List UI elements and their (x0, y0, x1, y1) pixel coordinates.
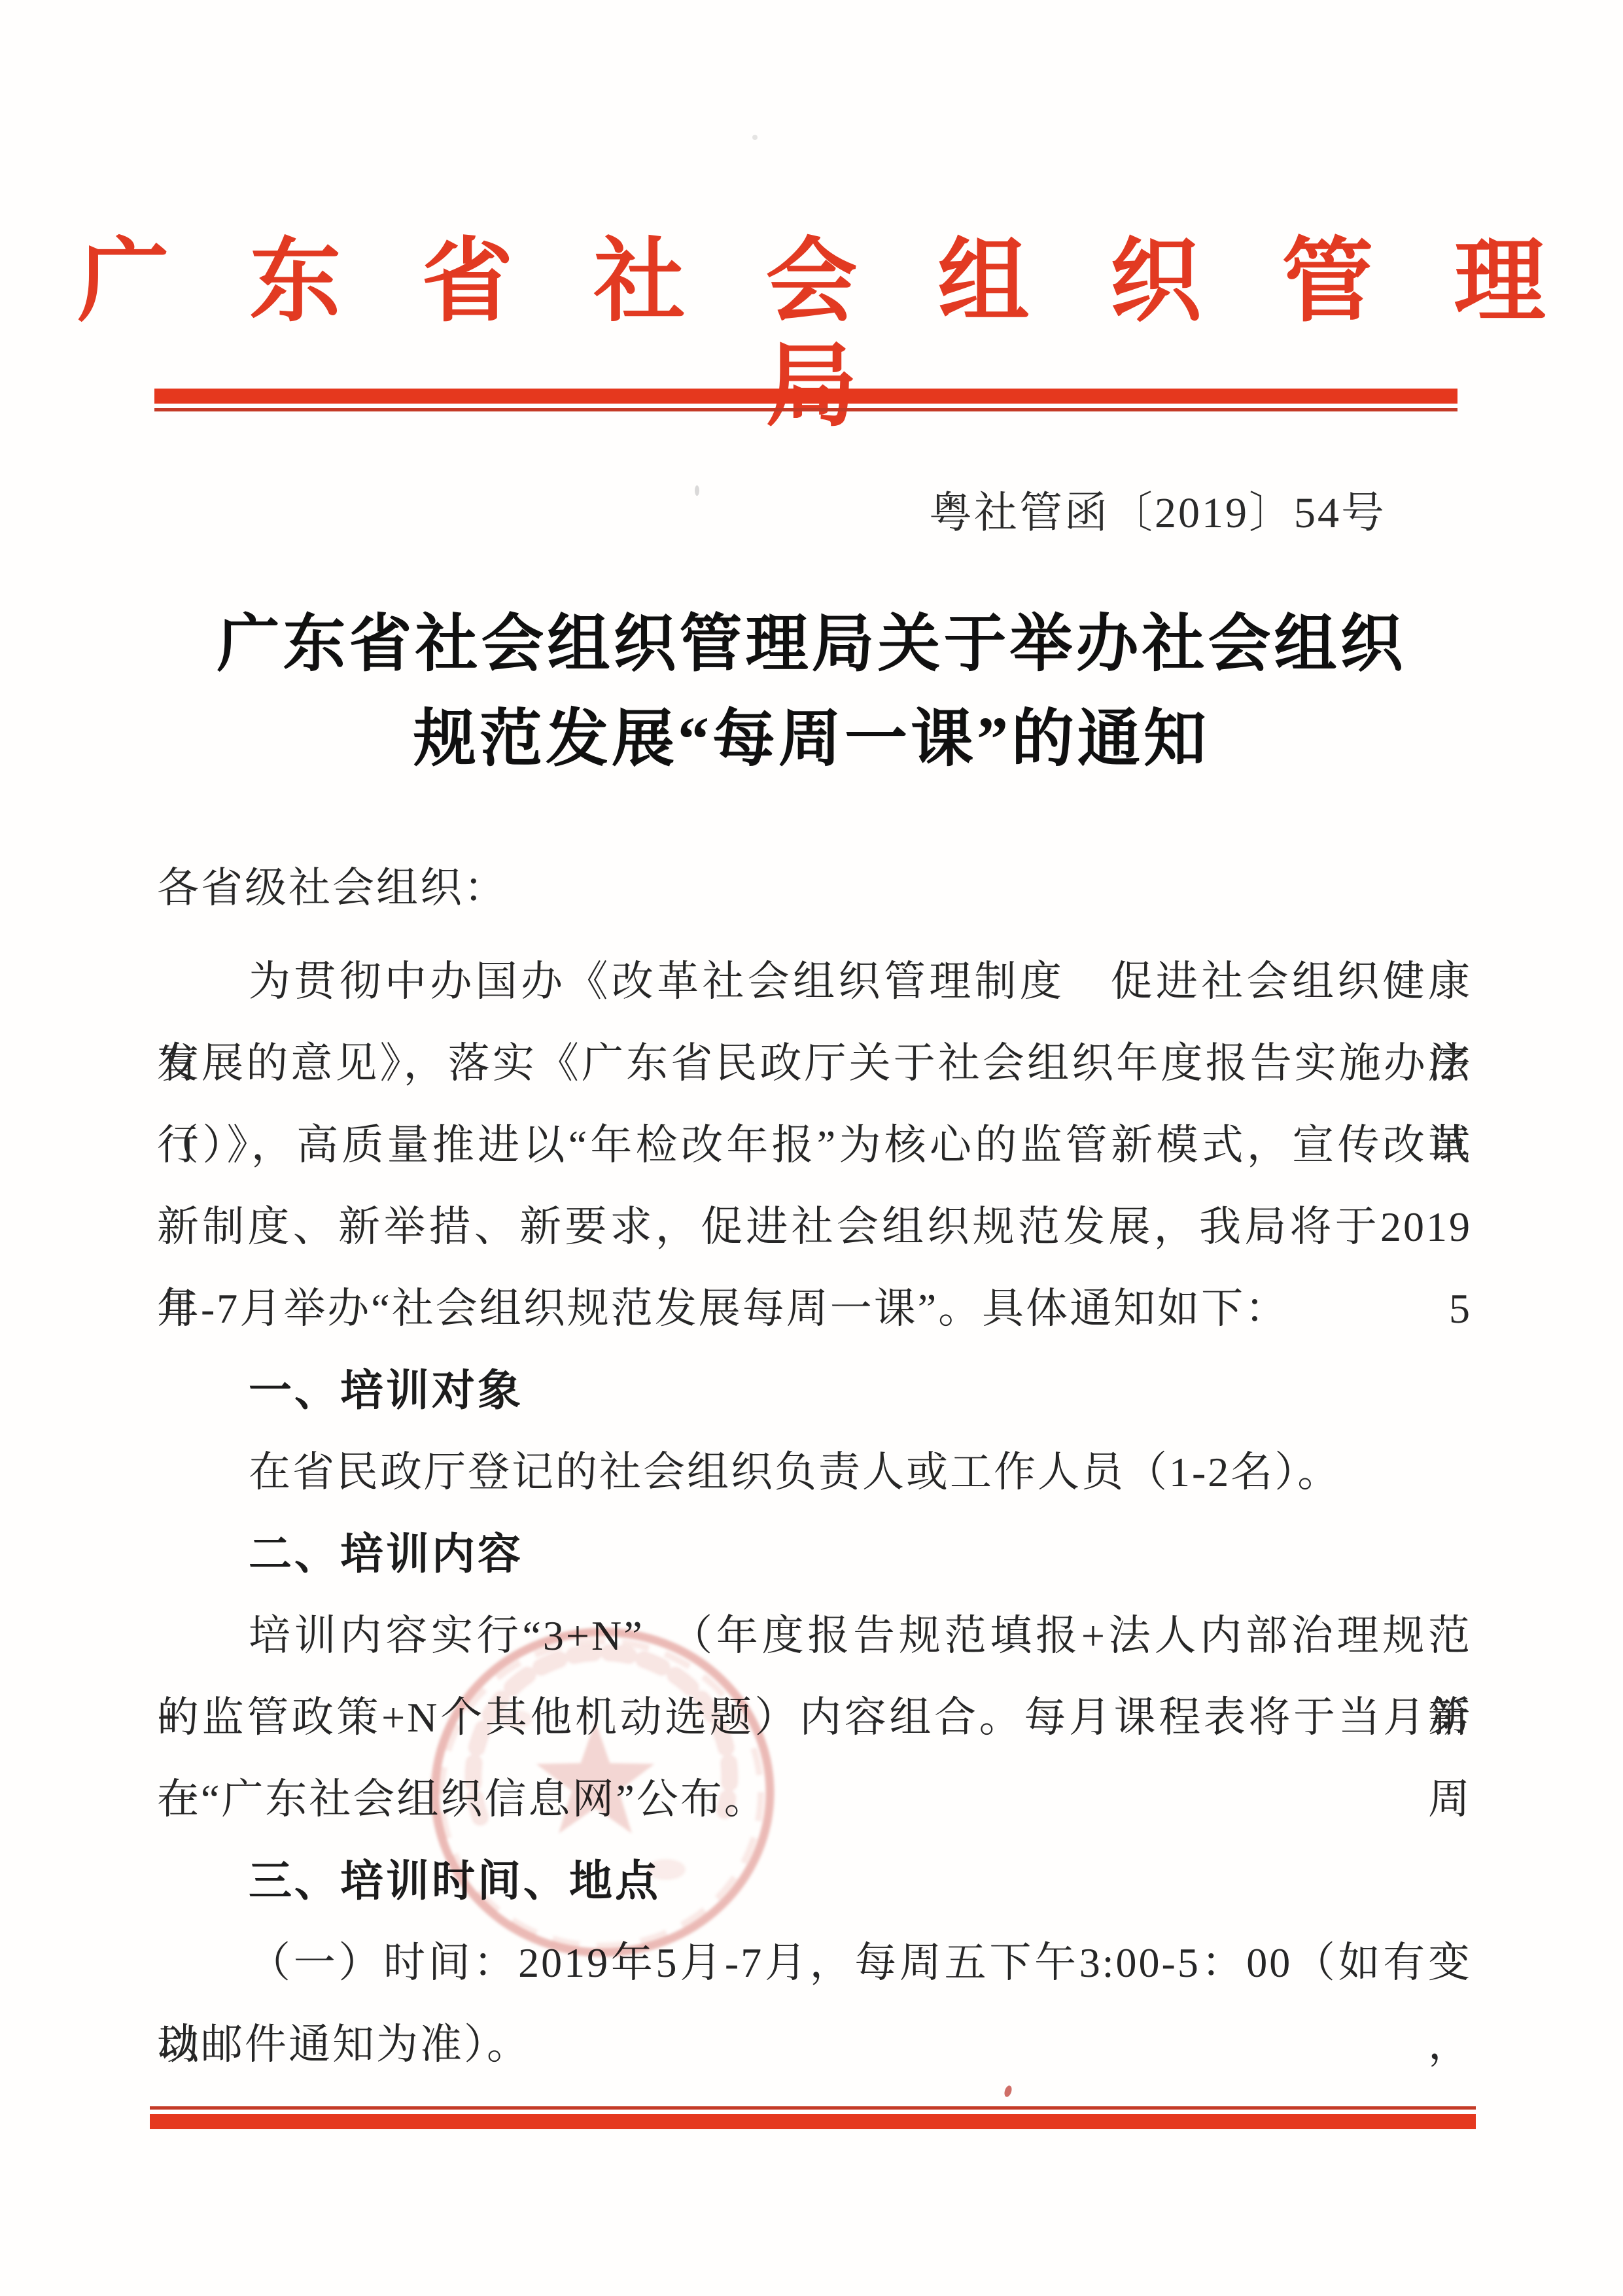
body-line: （一）时间：2019年5月-7月，每周五下午3:00-5：00（如有变动， (157, 1922, 1472, 2004)
section-heading: 三、培训时间、地点 (157, 1840, 1472, 1922)
notice-title: 广东省社会组织管理局关于举办社会组织 规范发展“每周一课”的通知 (0, 597, 1623, 786)
letterhead-separator-rule (154, 389, 1457, 411)
rule-thick-bar (154, 389, 1457, 404)
body-line: 新制度、新举措、新要求，促进社会组织规范发展，我局将于2019年5 (157, 1186, 1472, 1268)
salutation: 各省级社会组织： (157, 847, 1472, 929)
body-lines: 为贯彻中办国办《改革社会组织管理制度 促进社会组织健康有序发展的意见》，落实《广… (157, 941, 1472, 2085)
body-line: 行）》，高质量推进以“年检改年报”为核心的监管新模式，宣传改革 (157, 1104, 1472, 1186)
rule-thick-bar (150, 2114, 1476, 2129)
body-line: 培训内容实行“3+N” （年度报告规范填报+法人内部治理规范+新 (157, 1595, 1472, 1677)
rule-gap (154, 404, 1457, 408)
red-ink-speck (1003, 2085, 1013, 2098)
gray-scan-speck (752, 135, 758, 140)
footer-separator-rule (150, 2106, 1476, 2129)
rule-gap (150, 2110, 1476, 2114)
notice-body: 各省级社会组织： 为贯彻中办国办《改革社会组织管理制度 促进社会组织健康有序发展… (157, 847, 1472, 2085)
scanned-official-notice-page: 广 东 省 社 会 组 织 管 理 局 粤社管函〔2019〕54号 广东省社会组… (0, 0, 1623, 2296)
document-number: 粤社管函〔2019〕54号 (929, 485, 1386, 542)
notice-title-line1: 广东省社会组织管理局关于举办社会组织 (0, 597, 1623, 691)
body-line: 月-7月举办“社会组织规范发展每周一课”。具体通知如下： (157, 1268, 1472, 1349)
body-line: 发展的意见》，落实《广东省民政厅关于社会组织年度报告实施办法（试 (157, 1022, 1472, 1104)
section-heading: 一、培训对象 (157, 1349, 1472, 1431)
gray-scan-speck (695, 485, 699, 496)
body-line: 的监管政策+N个其他机动选题）内容组合。每月课程表将于当月第一周 (157, 1677, 1472, 1758)
notice-title-line2: 规范发展“每周一课”的通知 (0, 691, 1623, 786)
section-heading: 二、培训内容 (157, 1513, 1472, 1595)
rule-thin-bar (154, 408, 1457, 411)
body-line: 在省民政厅登记的社会组织负责人或工作人员（1-2名）。 (157, 1431, 1472, 1513)
body-line: 为贯彻中办国办《改革社会组织管理制度 促进社会组织健康有序 (157, 941, 1472, 1022)
